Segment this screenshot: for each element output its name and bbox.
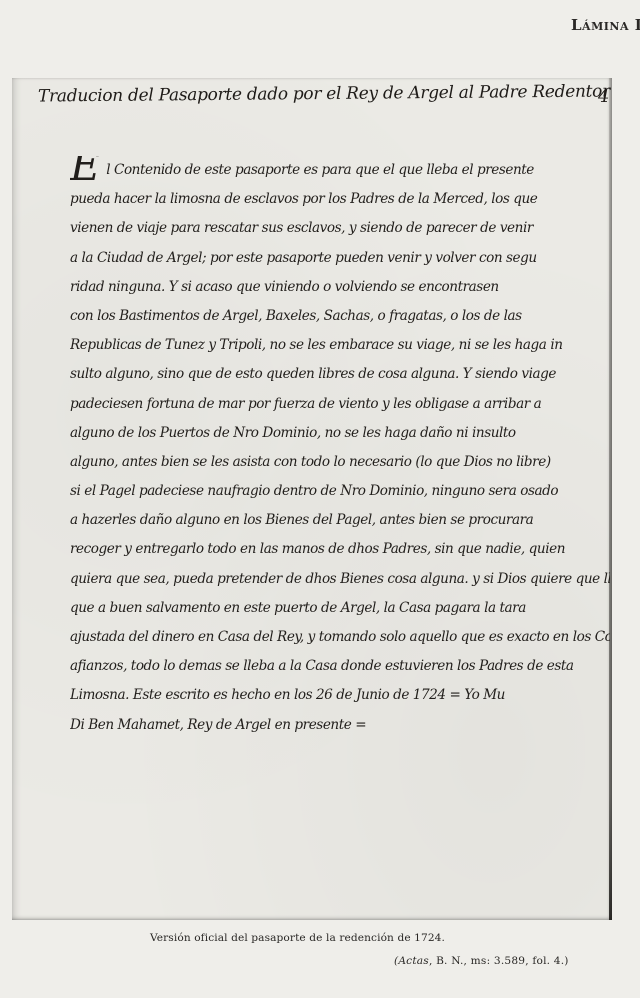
manuscript-line: Republicas de Tunez y Tripoli, no se les… [70, 331, 610, 360]
manuscript-scan: Traducion del Pasaporte dado por el Rey … [12, 78, 612, 920]
manuscript-line: vienen de viaje para rescatar sus esclav… [70, 214, 610, 243]
manuscript-line: afianzos, todo lo demas se lleba a la Ca… [70, 652, 610, 681]
manuscript-line: sulto alguno, sino que de esto queden li… [70, 360, 610, 389]
manuscript-line: quiera que sea, pueda pretender de dhos … [70, 565, 610, 594]
manuscript-line: ridad ninguna. Y si acaso que viniendo o… [70, 273, 610, 302]
manuscript-line: El Contenido de este pasaporte es para q… [70, 156, 610, 185]
figure-caption: Versión oficial del pasaporte de la rede… [150, 932, 445, 944]
manuscript-line: a la Ciudad de Argel; por este pasaporte… [70, 244, 610, 273]
manuscript-line: con los Bastimentos de Argel, Baxeles, S… [70, 302, 610, 331]
source-reference: , B. N., ms: 3.589, fol. 4.) [429, 955, 569, 967]
manuscript-line: padeciesen fortuna de mar por fuerza de … [70, 390, 610, 419]
drop-initial: E [70, 156, 100, 185]
manuscript-line: recoger y entregarlo todo en las manos d… [70, 535, 610, 564]
plate-label: Lámina I [571, 16, 640, 34]
manuscript-line: pueda hacer la limosna de esclavos por l… [70, 185, 610, 214]
manuscript-line: si el Pagel padeciese naufragio dentro d… [70, 477, 610, 506]
manuscript-line: ajustada del dinero en Casa del Rey, y t… [70, 623, 610, 652]
manuscript-line: que a buen salvamento en este puerto de … [70, 594, 610, 623]
manuscript-line: a hazerles daño alguno en los Bienes del… [70, 506, 610, 535]
source-title: (Actas [394, 955, 429, 967]
manuscript-body: El Contenido de este pasaporte es para q… [70, 156, 610, 740]
folio-number: 4 [598, 86, 609, 107]
manuscript-line: Limosna. Este escrito es hecho en los 26… [70, 681, 610, 710]
manuscript-heading: Traducion del Pasaporte dado por el Rey … [38, 82, 608, 107]
manuscript-line: Di Ben Mahamet, Rey de Argel en presente… [70, 711, 610, 740]
manuscript-line: alguno de los Puertos de Nro Dominio, no… [70, 419, 610, 448]
source-citation: (Actas, B. N., ms: 3.589, fol. 4.) [394, 955, 569, 967]
manuscript-line: alguno, antes bien se les asista con tod… [70, 448, 610, 477]
